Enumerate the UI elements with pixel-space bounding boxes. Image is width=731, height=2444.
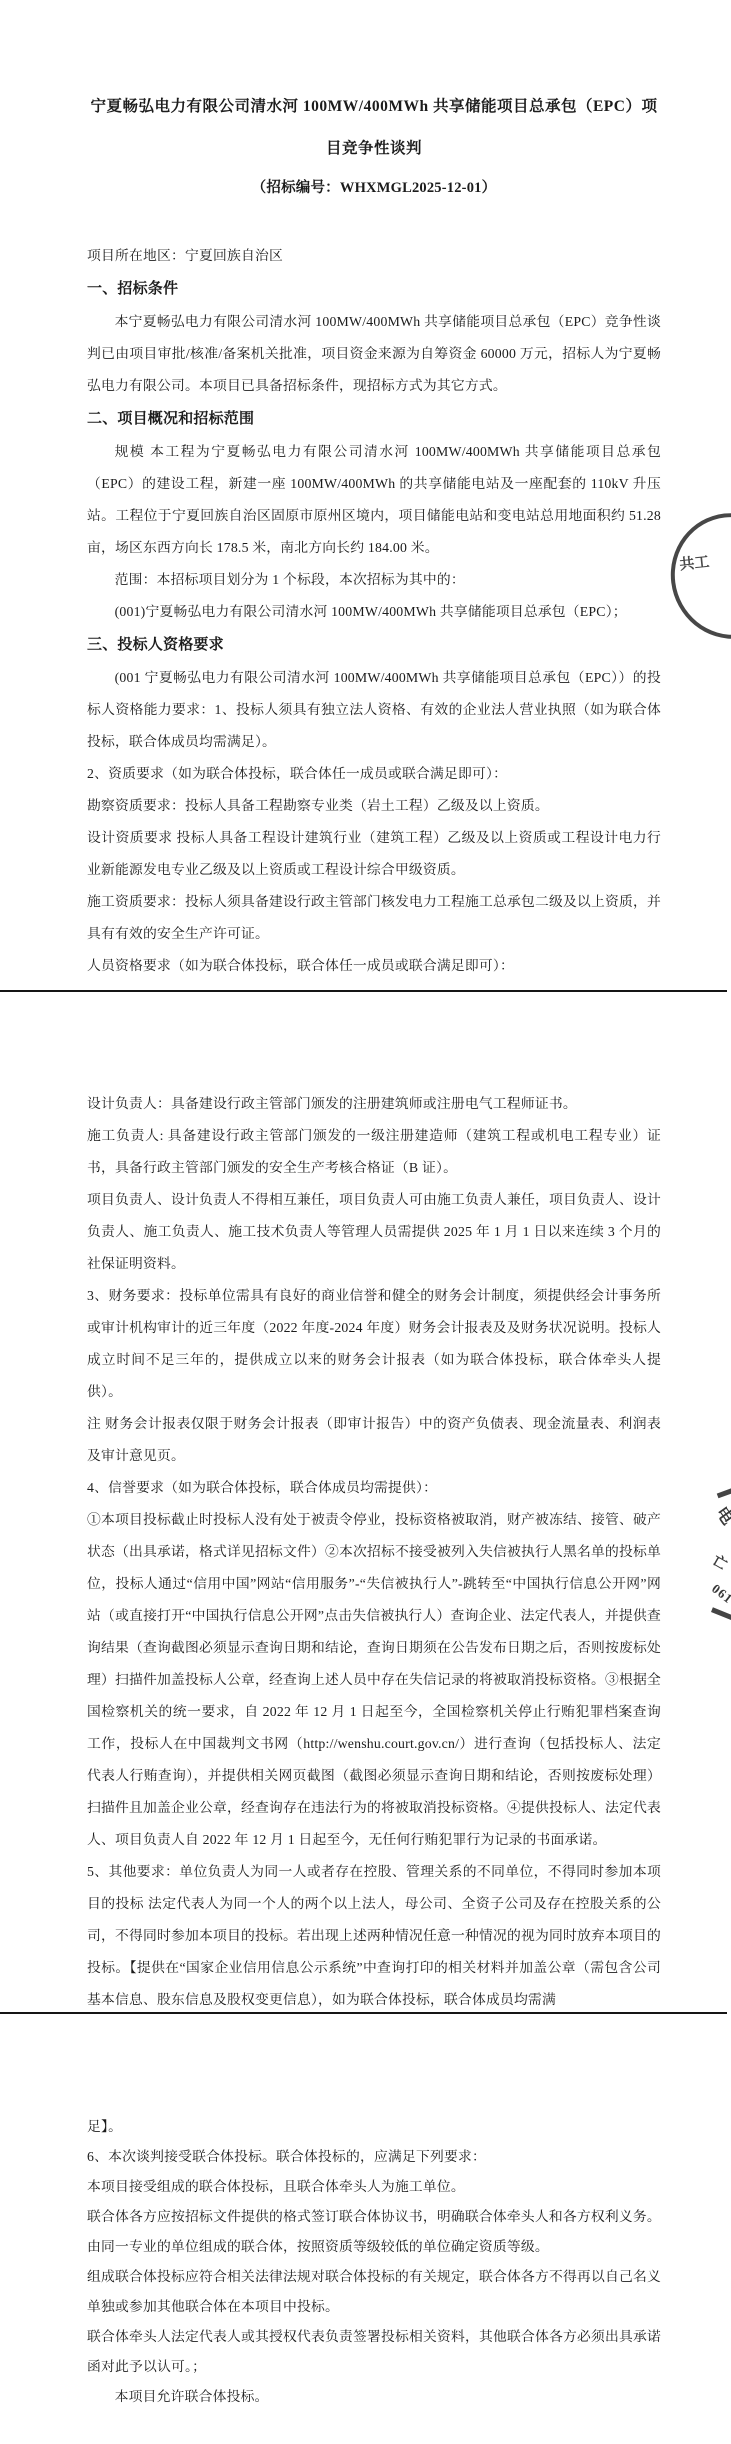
paragraph: 范围：本招标项目划分为 1 个标段，本次招标为其中的：	[87, 564, 661, 596]
paragraph: (001 宁夏畅弘电力有限公司清水河 100MW/400MWh 共享储能项目总承…	[87, 662, 661, 758]
tender-document: 共工 宁夏畅弘电力有限公司清水河 100MW/400MWh 共享储能项目总承包（…	[0, 0, 731, 2444]
circular-seal-stamp: 共工	[655, 497, 731, 655]
section-heading: 一、招标条件	[87, 272, 661, 306]
handwriting-tick: 亡	[709, 1550, 731, 1574]
paragraph: 组成联合体投标应符合相关法律法规对联合体投标的有关规定，联合体各方不得再以自己名…	[87, 2262, 661, 2322]
paragraph: 项目所在地区：宁夏回族自治区	[87, 240, 661, 272]
paragraph: 2、资质要求（如为联合体投标，联合体任一成员或联合满足即可）：	[87, 758, 661, 790]
section-heading: 二、项目概况和招标范围	[87, 402, 661, 436]
paragraph: 项目负责人、设计负责人不得相互兼任，项目负责人可由施工负责人兼任，项目负责人、设…	[87, 1184, 661, 1280]
document-page-2: 电 亡 061 设计负责人：具备建设行政主管部门颁发的注册建筑师或注册电气工程师…	[0, 992, 731, 2012]
handwriting-annotation: 电 亡 061	[703, 1490, 731, 1650]
paragraph: 由同一专业的单位组成的联合体，按照资质等级较低的单位确定资质等级。	[87, 2232, 661, 2262]
document-page-1: 共工 宁夏畅弘电力有限公司清水河 100MW/400MWh 共享储能项目总承包（…	[0, 0, 731, 990]
document-page-3: 足】。6、本次谈判接受联合体投标。联合体投标的，应满足下列要求：本项目接受组成的…	[0, 2014, 731, 2444]
handwriting-stroke-icon	[717, 1487, 731, 1499]
handwriting-stroke-icon	[711, 1607, 731, 1621]
paragraph: 5、其他要求：单位负责人为同一人或者存在控股、管理关系的不同单位，不得同时参加本…	[87, 1856, 661, 2012]
section-heading: 三、投标人资格要求	[87, 628, 661, 662]
paragraph: 本项目允许联合体投标。	[87, 2382, 661, 2412]
paragraph: 联合体牵头人法定代表人或其授权代表负责签署投标相关资料，其他联合体各方必须出具承…	[87, 2322, 661, 2382]
paragraph: 6、本次谈判接受联合体投标。联合体投标的，应满足下列要求：	[87, 2142, 661, 2172]
paragraph: 人员资格要求（如为联合体投标，联合体任一成员或联合满足即可）：	[87, 950, 661, 982]
paragraph: 施工负责人: 具备建设行政主管部门颁发的一级注册建造师（建筑工程或机电工程专业）…	[87, 1120, 661, 1184]
paragraph: 施工资质要求：投标人须具备建设行政主管部门核发电力工程施工总承包二级及以上资质，…	[87, 886, 661, 950]
paragraph: 设计负责人：具备建设行政主管部门颁发的注册建筑师或注册电气工程师证书。	[87, 1088, 661, 1120]
bid-number: （招标编号：WHXMGL2025-12-01）	[87, 170, 661, 206]
paragraph: ①本项目投标截止时投标人没有处于被责令停业，投标资格被取消，财产被冻结、接管、破…	[87, 1504, 661, 1856]
paragraph: 规模 本工程为宁夏畅弘电力有限公司清水河 100MW/400MWh 共享储能项目…	[87, 436, 661, 564]
paragraph: 勘察资质要求：投标人具备工程勘察专业类（岩土工程）乙级及以上资质。	[87, 790, 661, 822]
paragraph: 设计资质要求 投标人具备工程设计建筑行业（建筑工程）乙级及以上资质或工程设计电力…	[87, 822, 661, 886]
paragraph: 本项目接受组成的联合体投标，且联合体牵头人为施工单位。	[87, 2172, 661, 2202]
paragraph: 足】。	[87, 2112, 661, 2142]
paragraph: (001)宁夏畅弘电力有限公司清水河 100MW/400MWh 共享储能项目总承…	[87, 596, 661, 628]
seal-characters: 共工	[678, 553, 710, 576]
paragraph: 项目负责人: 具备建设行政主管部门颁发的一级注册建造师（建筑工程或机电工程专业）…	[87, 982, 661, 990]
paragraph: 3、财务要求：投标单位需具有良好的商业信誉和健全的财务会计制度，须提供经会计事务…	[87, 1280, 661, 1408]
handwriting-number: 061	[708, 1581, 731, 1607]
paragraph: 本宁夏畅弘电力有限公司清水河 100MW/400MWh 共享储能项目总承包（EP…	[87, 306, 661, 402]
document-title: 宁夏畅弘电力有限公司清水河 100MW/400MWh 共享储能项目总承包（EPC…	[87, 86, 661, 170]
paragraph: 联合体各方应按招标文件提供的格式签订联合体协议书，明确联合体牵头人和各方权利义务…	[87, 2202, 661, 2232]
paragraph: 注 财务会计报表仅限于财务会计报表（即审计报告）中的资产负债表、现金流量表、利润…	[87, 1408, 661, 1472]
paragraph: 4、信誉要求（如为联合体投标，联合体成员均需提供）：	[87, 1472, 661, 1504]
handwriting-character: 电	[711, 1500, 731, 1528]
